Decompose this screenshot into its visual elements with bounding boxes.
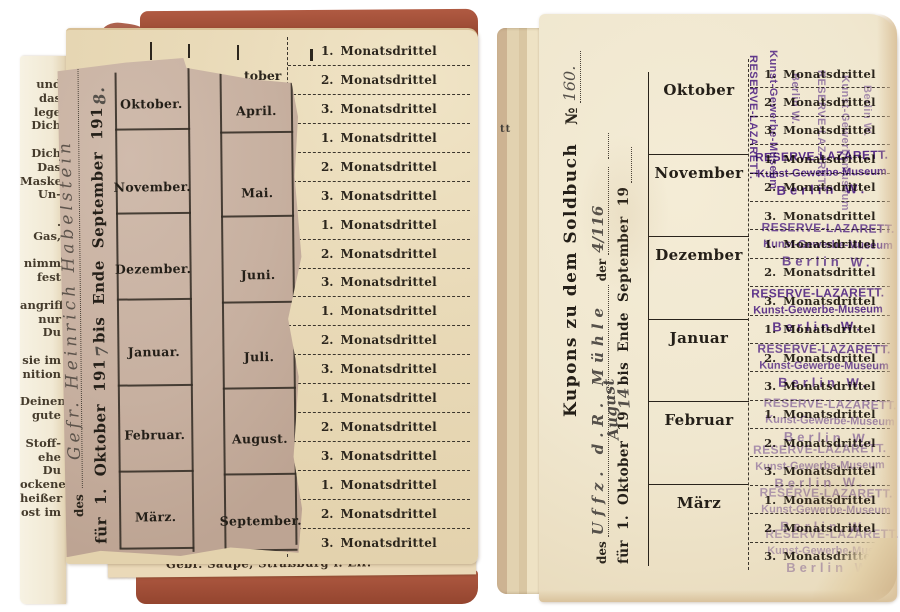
coupon-row: 1. Monatsdrittel	[288, 297, 470, 326]
coupon-row: 1. Monatsdrittel	[750, 230, 890, 258]
coupon-row-label: Monatsdrittel	[340, 478, 437, 492]
text-fragment-line: .	[20, 216, 66, 230]
coupon-row-label: Monatsdrittel	[340, 362, 437, 376]
coupon-row-label: Monatsdrittel	[340, 160, 437, 174]
coupon-row-number: 3.	[321, 102, 334, 116]
slip-month-cell: Januar.	[117, 308, 191, 391]
coupon-row: 2. Monatsdrittel	[750, 259, 890, 287]
coupon-row-number: 2.	[321, 420, 334, 434]
coupon-row: 2. Monatsdrittel	[288, 66, 470, 95]
coupon-row-number: 3.	[764, 294, 776, 308]
coupon-row-label: Monatsdrittel	[783, 521, 876, 535]
text-fragment-line: nimm	[20, 257, 66, 271]
text-fragment-line	[20, 285, 66, 299]
coupon-row: 2. Monatsdrittel	[750, 429, 890, 457]
coupon-row-label: Monatsdrittel	[783, 407, 876, 421]
period-year2-handwriting: 8.	[88, 86, 109, 106]
unit-label: der	[595, 259, 609, 281]
coupon-row-number: 1.	[764, 493, 776, 507]
coupon-row-number: 2.	[321, 507, 334, 521]
coupon-row-label: Monatsdrittel	[340, 44, 437, 58]
coupon-row-label: Monatsdrittel	[783, 493, 876, 507]
coupon-row-label: Monatsdrittel	[783, 152, 876, 166]
coupon-row: 1. Monatsdrittel	[288, 384, 470, 413]
right-coupon-page: Kupons zu dem Soldbuch № 160. des Uffz. …	[539, 14, 897, 602]
number-dotted-leader: 160.	[562, 51, 581, 103]
coupon-row-number: 2.	[764, 180, 776, 194]
text-fragment-line: nition	[20, 368, 66, 382]
coupon-row-number: 2.	[321, 333, 334, 347]
coupon-row-number: 3.	[321, 275, 334, 289]
text-fragment-line: heißer	[20, 492, 66, 506]
coupon-row-label: Monatsdrittel	[340, 391, 437, 405]
coupon-row-label: Monatsdrittel	[783, 379, 876, 393]
slip-month-cell: Dezember.	[116, 225, 190, 308]
coupon-row-number: 1.	[764, 152, 776, 166]
slip-month-cell: August.	[223, 391, 297, 474]
coupon-row: 2. Monatsdrittel	[288, 240, 470, 269]
coupon-row-number: 1.	[321, 391, 334, 405]
coupon-row-number: 3.	[764, 123, 776, 137]
coupon-row-number: 2.	[764, 265, 776, 279]
coupon-row-label: Monatsdrittel	[783, 209, 876, 223]
kupons-title: Kupons zu dem Soldbuch	[561, 143, 581, 417]
text-fragment-line	[20, 423, 66, 437]
page-bottom-edge	[539, 590, 897, 602]
coupon-row: 1. Monatsdrittel	[288, 37, 470, 66]
coupon-row-number: 3.	[764, 379, 776, 393]
coupon-row-number: 1.	[764, 67, 776, 81]
coupon-row-number: 3.	[321, 362, 334, 376]
text-fragment-line	[20, 202, 66, 216]
coupon-row-number: 2.	[764, 521, 776, 535]
coupon-row: 3. Monatsdrittel	[288, 529, 470, 557]
coupon-row-number: 2.	[321, 160, 334, 174]
period-pre: für 1. Oktober 191	[91, 359, 111, 544]
coupon-row-number: 3.	[764, 464, 776, 478]
month-cell: Februar	[649, 402, 749, 485]
coupon-row-label: Monatsdrittel	[783, 436, 876, 450]
slip-months-winter: Oktober.November.Dezember.Januar.Februar…	[114, 60, 192, 557]
kupons-title-line: Kupons zu dem Soldbuch № 160.	[545, 24, 581, 592]
month-cell: Dezember	[649, 237, 749, 320]
coupon-row-label: Monatsdrittel	[340, 304, 437, 318]
coupon-row-number: 3.	[321, 449, 334, 463]
text-fragment-line: Deinen	[20, 395, 66, 409]
coupon-row-number: 3.	[321, 536, 334, 550]
coupon-row: 1. Monatsdrittel	[750, 316, 890, 344]
text-fragment-line: Du	[20, 326, 66, 340]
coupon-row-label: Monatsdrittel	[340, 247, 437, 261]
coupon-row-label: Monatsdrittel	[340, 536, 437, 550]
coupon-row-number: 1.	[321, 478, 334, 492]
text-fragment-line	[20, 382, 66, 396]
coupon-row: 3. Monatsdrittel	[288, 269, 470, 298]
text-fragment-line: Un-	[20, 188, 66, 202]
number-handwriting: 160.	[560, 66, 579, 102]
coupon-row: 2. Monatsdrittel	[750, 344, 890, 372]
coupon-row: 3. Monatsdrittel	[288, 182, 470, 211]
owner-line: des Uffz. d.R. Mühle der 4/116	[581, 24, 609, 592]
coupon-rows-left: 1. Monatsdrittel 2. Monatsdrittel 3. Mon…	[288, 37, 470, 557]
coupon-row: 1. Monatsdrittel	[288, 211, 470, 240]
text-fragment-line: ost im	[20, 506, 66, 520]
period-dotted-leader	[617, 147, 632, 183]
coupon-row: 2. Monatsdrittel	[288, 326, 470, 355]
coupon-row-label: Monatsdrittel	[340, 333, 437, 347]
coupon-row: 2. Monatsdrittel	[288, 500, 470, 529]
coupon-row-number: 2.	[764, 351, 776, 365]
coupon-row-number: 3.	[764, 209, 776, 223]
coupon-row-label: Monatsdrittel	[340, 449, 437, 463]
coupon-row-number: 2.	[764, 436, 776, 450]
coupon-row: 2. Monatsdrittel	[750, 174, 890, 202]
slip-month-cell: Februar.	[118, 391, 192, 474]
period-year-handwriting: 7	[91, 344, 111, 358]
text-fragment-line: angriff	[20, 299, 66, 313]
slip-month-cell: Mai.	[220, 145, 294, 228]
text-fragment-line: Gas,	[20, 230, 66, 244]
coupon-row-number: 2.	[321, 73, 334, 87]
coupon-row-number: 1.	[321, 218, 334, 232]
slip-month-cell: Juli.	[222, 309, 296, 392]
unit-handwriting: 4/116	[589, 206, 607, 253]
coupon-row: 1. Monatsdrittel	[750, 145, 890, 173]
kupons-vertical-header: Kupons zu dem Soldbuch № 160. des Uffz. …	[545, 24, 645, 592]
coupon-row-label: Monatsdrittel	[783, 351, 876, 365]
slip-month-cell: November.	[115, 143, 189, 226]
coupon-row: 1. Monatsdrittel	[288, 124, 470, 153]
slip-month-cell: März.	[119, 473, 193, 556]
slip-months-summer: April.Mai.Juni.Juli.August.September.	[219, 63, 297, 556]
edge-text-fragment: tt	[500, 124, 511, 135]
unit-dotted-leader: 4/116	[592, 167, 609, 255]
text-fragment-line	[20, 340, 66, 354]
coupon-row: 3. Monatsdrittel	[750, 287, 890, 315]
coupon-row-number: 1.	[764, 237, 776, 251]
text-fragment-line: ehe Du	[20, 451, 66, 479]
coupon-rows-right: 1. Monatsdrittel 2. Monatsdrittel 3. Mon…	[750, 60, 890, 570]
coupon-row: 2. Monatsdrittel	[750, 88, 890, 116]
table-tick	[150, 42, 152, 60]
slip-period-line: für 1. Oktober 191 7 bis Ende September …	[81, 59, 116, 557]
text-fragment-line: fest	[20, 271, 66, 285]
coupon-row-label: Monatsdrittel	[783, 180, 876, 194]
slip-month-cell: Juni.	[221, 227, 295, 310]
coupon-row-number: 3.	[764, 549, 776, 563]
coupon-row-label: Monatsdrittel	[340, 189, 437, 203]
loose-coupon-slip: Oktober.November.Dezember.Januar.Februar…	[55, 57, 306, 560]
coupon-row-number: 1.	[321, 131, 334, 145]
month-cell: Oktober	[649, 72, 749, 155]
coupon-row-label: Monatsdrittel	[783, 322, 876, 336]
table-tick	[188, 44, 190, 58]
coupon-row: 3. Monatsdrittel	[750, 457, 890, 485]
coupon-row: 1. Monatsdrittel	[750, 60, 890, 88]
coupon-row-label: Monatsdrittel	[340, 131, 437, 145]
coupon-row-number: 3.	[321, 189, 334, 203]
coupon-row-number: 1.	[321, 44, 334, 58]
left-page-photo: unddaslegeDichDichDasMaskeUn-.Gas,nimmfe…	[20, 10, 478, 602]
owner-label: des	[595, 541, 609, 564]
coupon-row-label: Monatsdrittel	[783, 123, 876, 137]
coupon-row-label: Monatsdrittel	[783, 67, 876, 81]
coupon-row: 1. Monatsdrittel	[750, 486, 890, 514]
coupon-row: 1. Monatsdrittel	[288, 471, 470, 500]
right-page-photo: tt Kupons zu dem Soldbuch № 160. des Uff…	[497, 10, 900, 602]
coupon-row-label: Monatsdrittel	[340, 73, 437, 87]
coupon-row-label: Monatsdrittel	[783, 237, 876, 251]
number-label: №	[562, 107, 581, 124]
coupon-column-divider	[748, 59, 749, 570]
coupon-row-label: Monatsdrittel	[340, 507, 437, 521]
coupon-row: 3. Monatsdrittel	[288, 95, 470, 124]
month-column: OktoberNovemberDezemberJanuarFebruarMärz	[648, 72, 749, 566]
table-tick	[237, 45, 239, 60]
period-post: bis Ende September 19	[616, 187, 632, 386]
coupon-row: 2. Monatsdrittel	[288, 153, 470, 182]
page-edges-strip: tt	[497, 28, 543, 594]
coupon-row-label: Monatsdrittel	[340, 275, 437, 289]
slip-month-cell: September.	[224, 473, 298, 556]
coupon-row: 3. Monatsdrittel	[288, 442, 470, 471]
coupon-row-label: Monatsdrittel	[783, 265, 876, 279]
period-line: für 1. Oktober 19 14 bis Ende September …	[609, 24, 639, 592]
text-fragment-line	[20, 244, 66, 258]
coupon-row-number: 1.	[321, 304, 334, 318]
text-fragment-line: nur	[20, 313, 66, 327]
period-mid: bis Ende September 191	[88, 107, 108, 344]
text-fragment-line: gute	[20, 409, 66, 423]
month-cell: November	[649, 155, 749, 238]
scanned-soldbuch-spread: unddaslegeDichDichDasMaskeUn-.Gas,nimmfe…	[0, 0, 900, 612]
coupon-row-number: 1.	[764, 322, 776, 336]
coupon-row: 3. Monatsdrittel	[750, 202, 890, 230]
coupon-row-label: Monatsdrittel	[783, 464, 876, 478]
text-fragment-line: ockener	[20, 478, 66, 492]
coupon-row: 1. Monatsdrittel	[750, 401, 890, 429]
coupon-row: 3. Monatsdrittel	[750, 117, 890, 145]
text-fragment-line: Das	[20, 161, 66, 175]
coupon-row: 3. Monatsdrittel	[750, 372, 890, 400]
coupon-row-number: 2.	[764, 95, 776, 109]
text-fragment-line: sie im	[20, 354, 66, 368]
coupon-row-label: Monatsdrittel	[340, 102, 437, 116]
coupon-row-label: Monatsdrittel	[340, 218, 437, 232]
text-fragment-line: Maske	[20, 175, 66, 189]
month-cell: Januar	[649, 320, 749, 403]
month-cell: März	[649, 485, 749, 567]
coupon-row: 3. Monatsdrittel	[288, 355, 470, 384]
coupon-row: 2. Monatsdrittel	[288, 413, 470, 442]
coupon-row-label: Monatsdrittel	[783, 294, 876, 308]
coupon-row-number: 1.	[764, 407, 776, 421]
page-edge-shading	[877, 14, 897, 602]
owner-label: des	[72, 494, 86, 517]
slip-month-cell: Oktober.	[114, 60, 188, 143]
coupon-row-label: Monatsdrittel	[783, 95, 876, 109]
coupon-row-number: 2.	[321, 247, 334, 261]
trailing-dotted-leader	[592, 133, 609, 159]
coupon-row-label: Monatsdrittel	[340, 420, 437, 434]
text-fragment-line: Stoff-	[20, 437, 66, 451]
